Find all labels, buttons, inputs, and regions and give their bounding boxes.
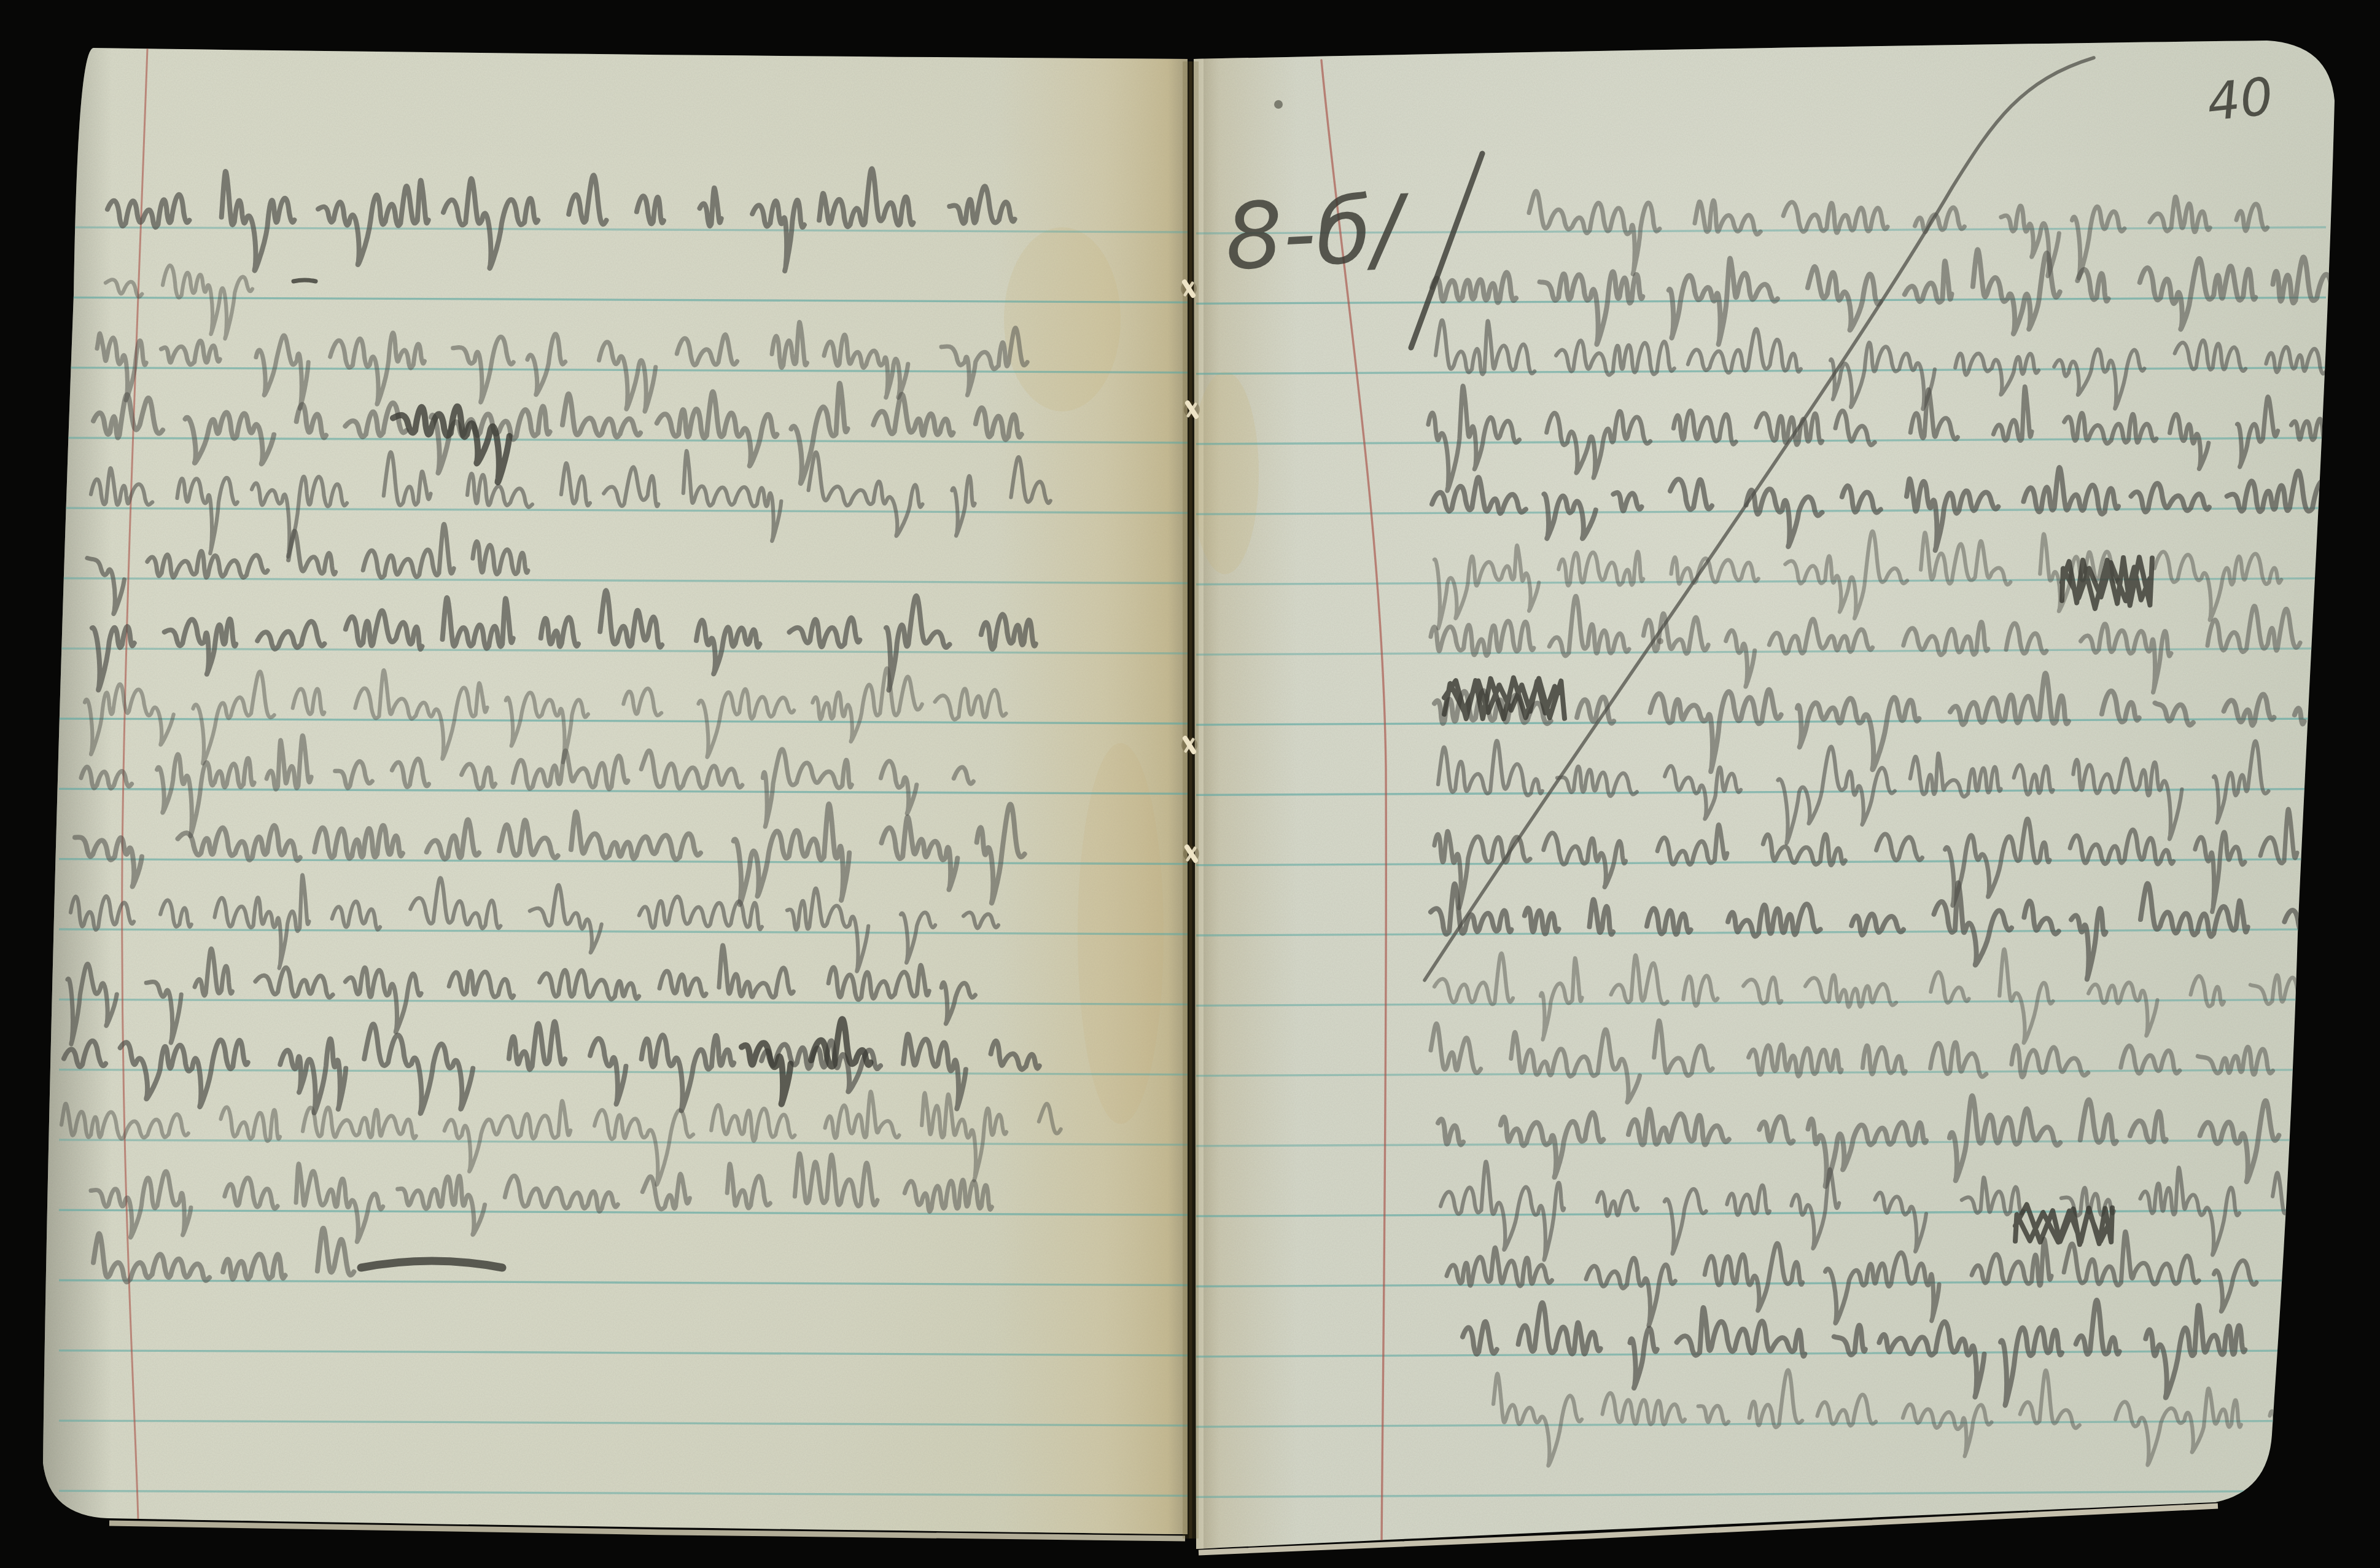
handwritten-dash bbox=[294, 280, 316, 281]
margin-annotation: 8-б/ bbox=[1223, 175, 1414, 291]
page-number: 40 bbox=[2204, 66, 2276, 133]
notebook-photo: 8-б/ 40 bbox=[0, 0, 2380, 1568]
paper-speck bbox=[1274, 100, 1283, 109]
stitch-thread bbox=[1184, 402, 1200, 418]
stitch-thread bbox=[1181, 281, 1197, 297]
right-page: 8-б/ 40 bbox=[1191, 31, 2346, 1560]
stitch-thread bbox=[1183, 846, 1199, 862]
notebook-spread: 8-б/ 40 bbox=[0, 0, 2380, 1568]
paper-stain bbox=[1191, 372, 1259, 574]
binding-gutter bbox=[1181, 61, 1200, 1539]
left-page bbox=[23, 37, 1196, 1542]
paper-stain bbox=[1004, 227, 1121, 412]
stitch-thread bbox=[1181, 737, 1197, 753]
